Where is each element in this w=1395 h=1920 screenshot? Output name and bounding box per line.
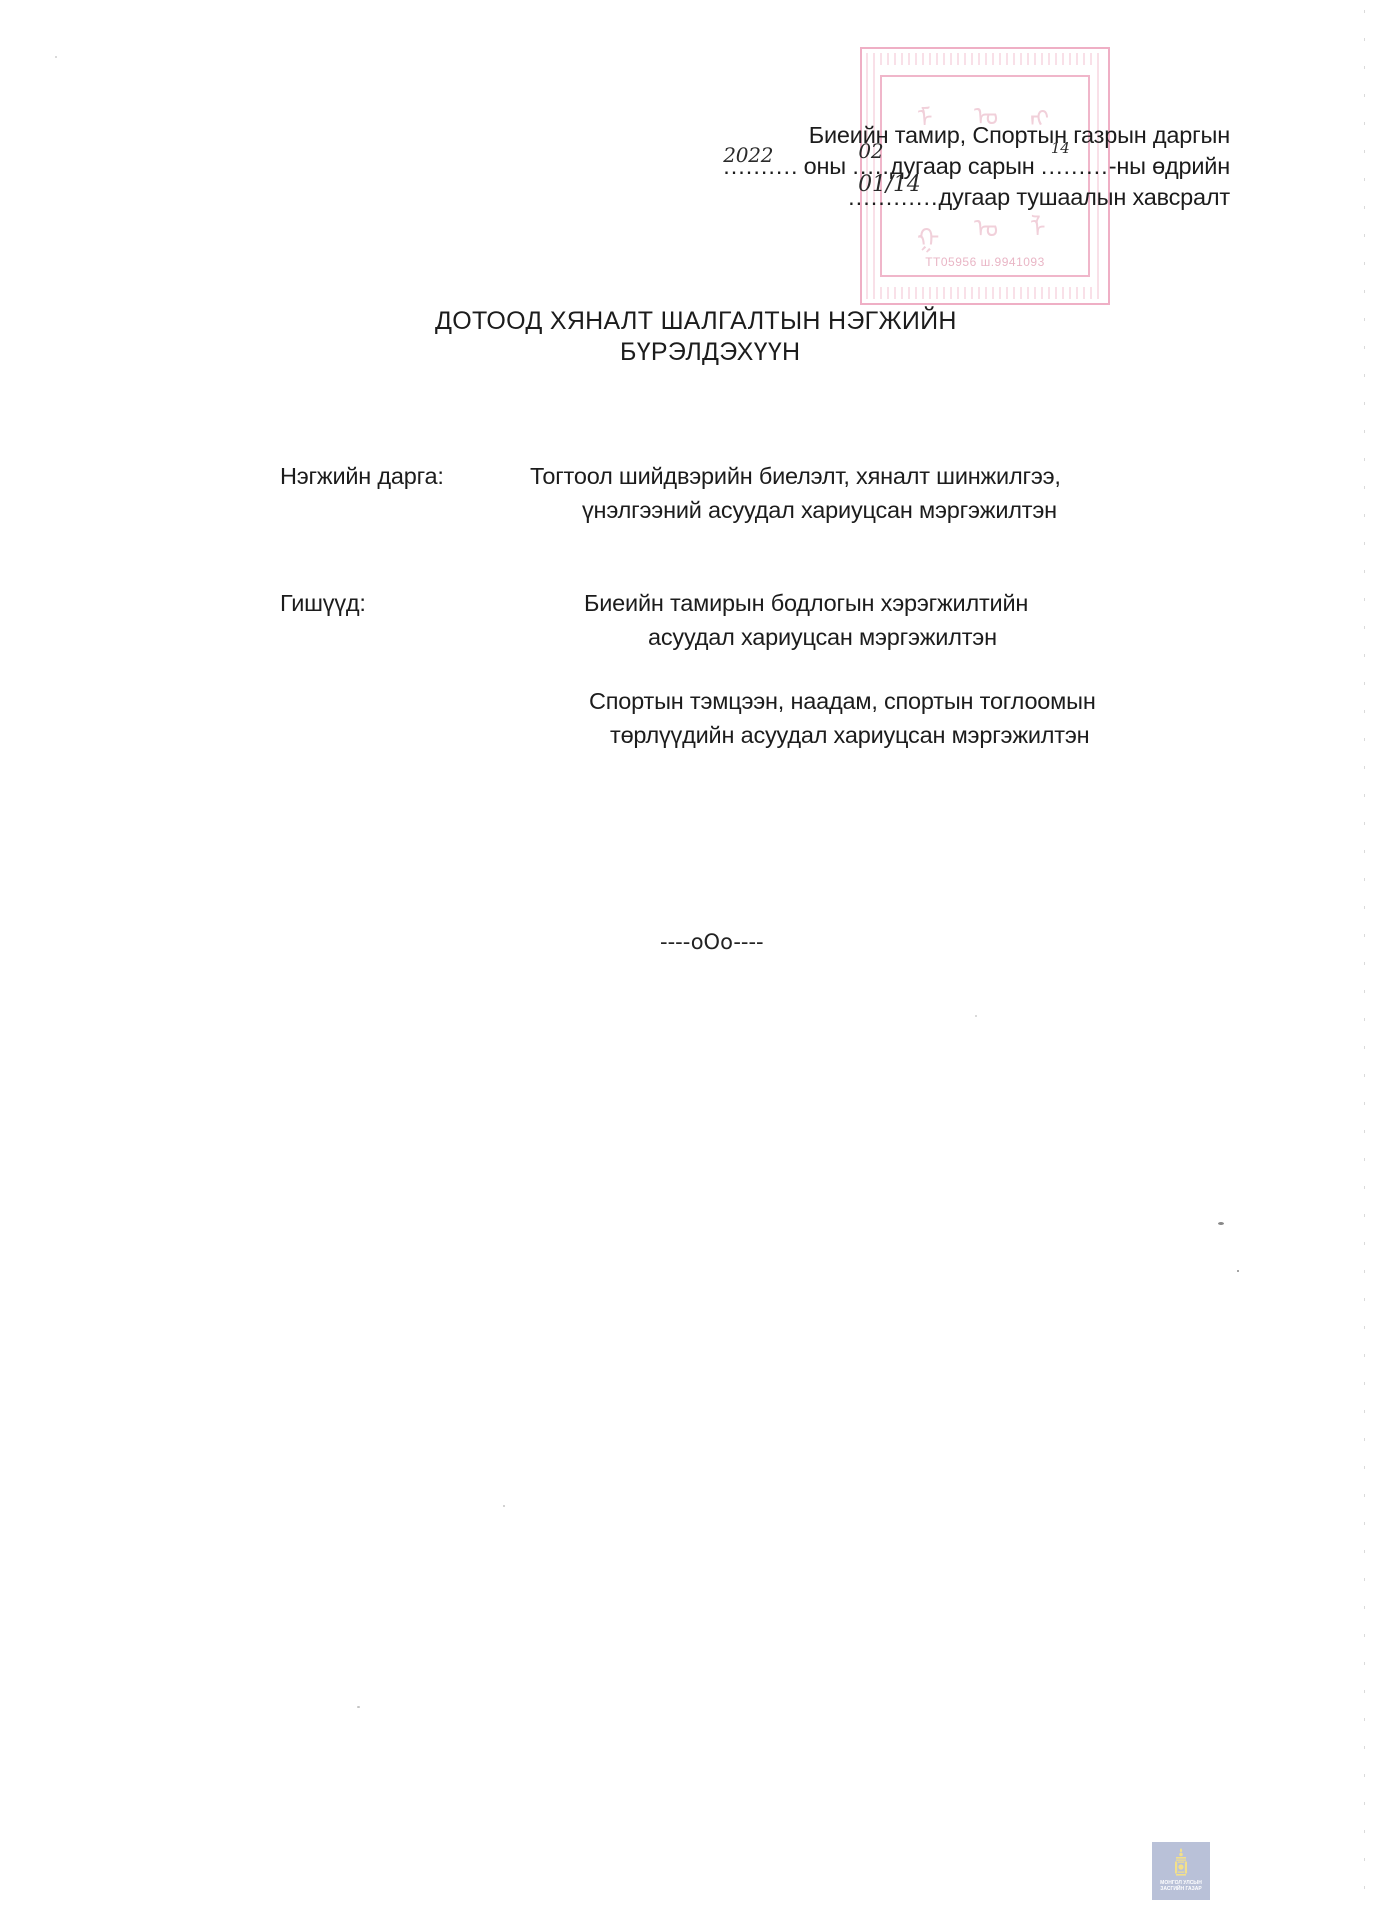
- scan-speck: [55, 56, 57, 58]
- document-title-line-1: ДОТООД ХЯНАЛТ ШАЛГАЛТЫН НЭГЖИЙН: [435, 307, 957, 336]
- stamp-code: ТТ05956 ш.9941093: [862, 255, 1108, 269]
- end-divider: ----oOo----: [660, 930, 764, 954]
- chair-role-line-1: Тогтоол шийдвэрийн биелэлт, хяналт шинжи…: [530, 463, 1061, 490]
- member-2-role-line-1: Спортын тэмцээн, наадам, спортын тоглоом…: [589, 688, 1096, 715]
- year-field: ......... 2022: [723, 153, 791, 180]
- chair-label: Нэгжийн дарга:: [280, 463, 444, 490]
- handwritten-order-number: 01/14: [858, 172, 920, 197]
- stamp-script-glyph-icon: ᠭ: [917, 209, 939, 255]
- document-title-line-2: БҮРЭЛДЭХҮҮН: [620, 338, 800, 367]
- soyombo-emblem-icon: [1173, 1848, 1189, 1876]
- order-number-field: ............ 01/14: [848, 184, 938, 211]
- day-field: ......... 14: [1041, 153, 1109, 180]
- scan-speck: [1237, 1270, 1239, 1272]
- government-logo: МОНГОЛ УЛСЫН ЗАСГИЙН ГАЗАР: [1152, 1842, 1210, 1900]
- member-2-role-line-2: төрлүүдийн асуудал хариуцсан мэргэжилтэн: [610, 722, 1089, 749]
- scan-speck: [1218, 1222, 1224, 1225]
- handwritten-month: 02: [858, 139, 883, 163]
- handwritten-day: 14: [1051, 139, 1070, 157]
- members-label: Гишүүд:: [280, 590, 366, 617]
- scan-speck: [975, 1015, 977, 1017]
- handwritten-year: 2022: [723, 143, 773, 167]
- appendix-line-3: ............ 01/14 дугаар тушаалын хавср…: [848, 184, 1230, 211]
- logo-caption: МОНГОЛ УЛСЫН ЗАСГИЙН ГАЗАР: [1152, 1880, 1210, 1892]
- member-1-role-line-1: Биеийн тамирын бодлогын хэрэгжилтийн: [584, 590, 1028, 617]
- scan-edge-artifact: [1364, 10, 1365, 1910]
- scan-speck: [503, 1505, 505, 1507]
- member-1-role-line-2: асуудал хариуцсан мэргэжилтэн: [648, 624, 997, 651]
- appendix-line-2: ......... 2022 . оны ..... 02 дугаар сар…: [723, 153, 1230, 180]
- scan-speck: [357, 1706, 360, 1708]
- chair-role-line-2: үнэлгээний асуудал хариуцсан мэргэжилтэн: [582, 497, 1057, 524]
